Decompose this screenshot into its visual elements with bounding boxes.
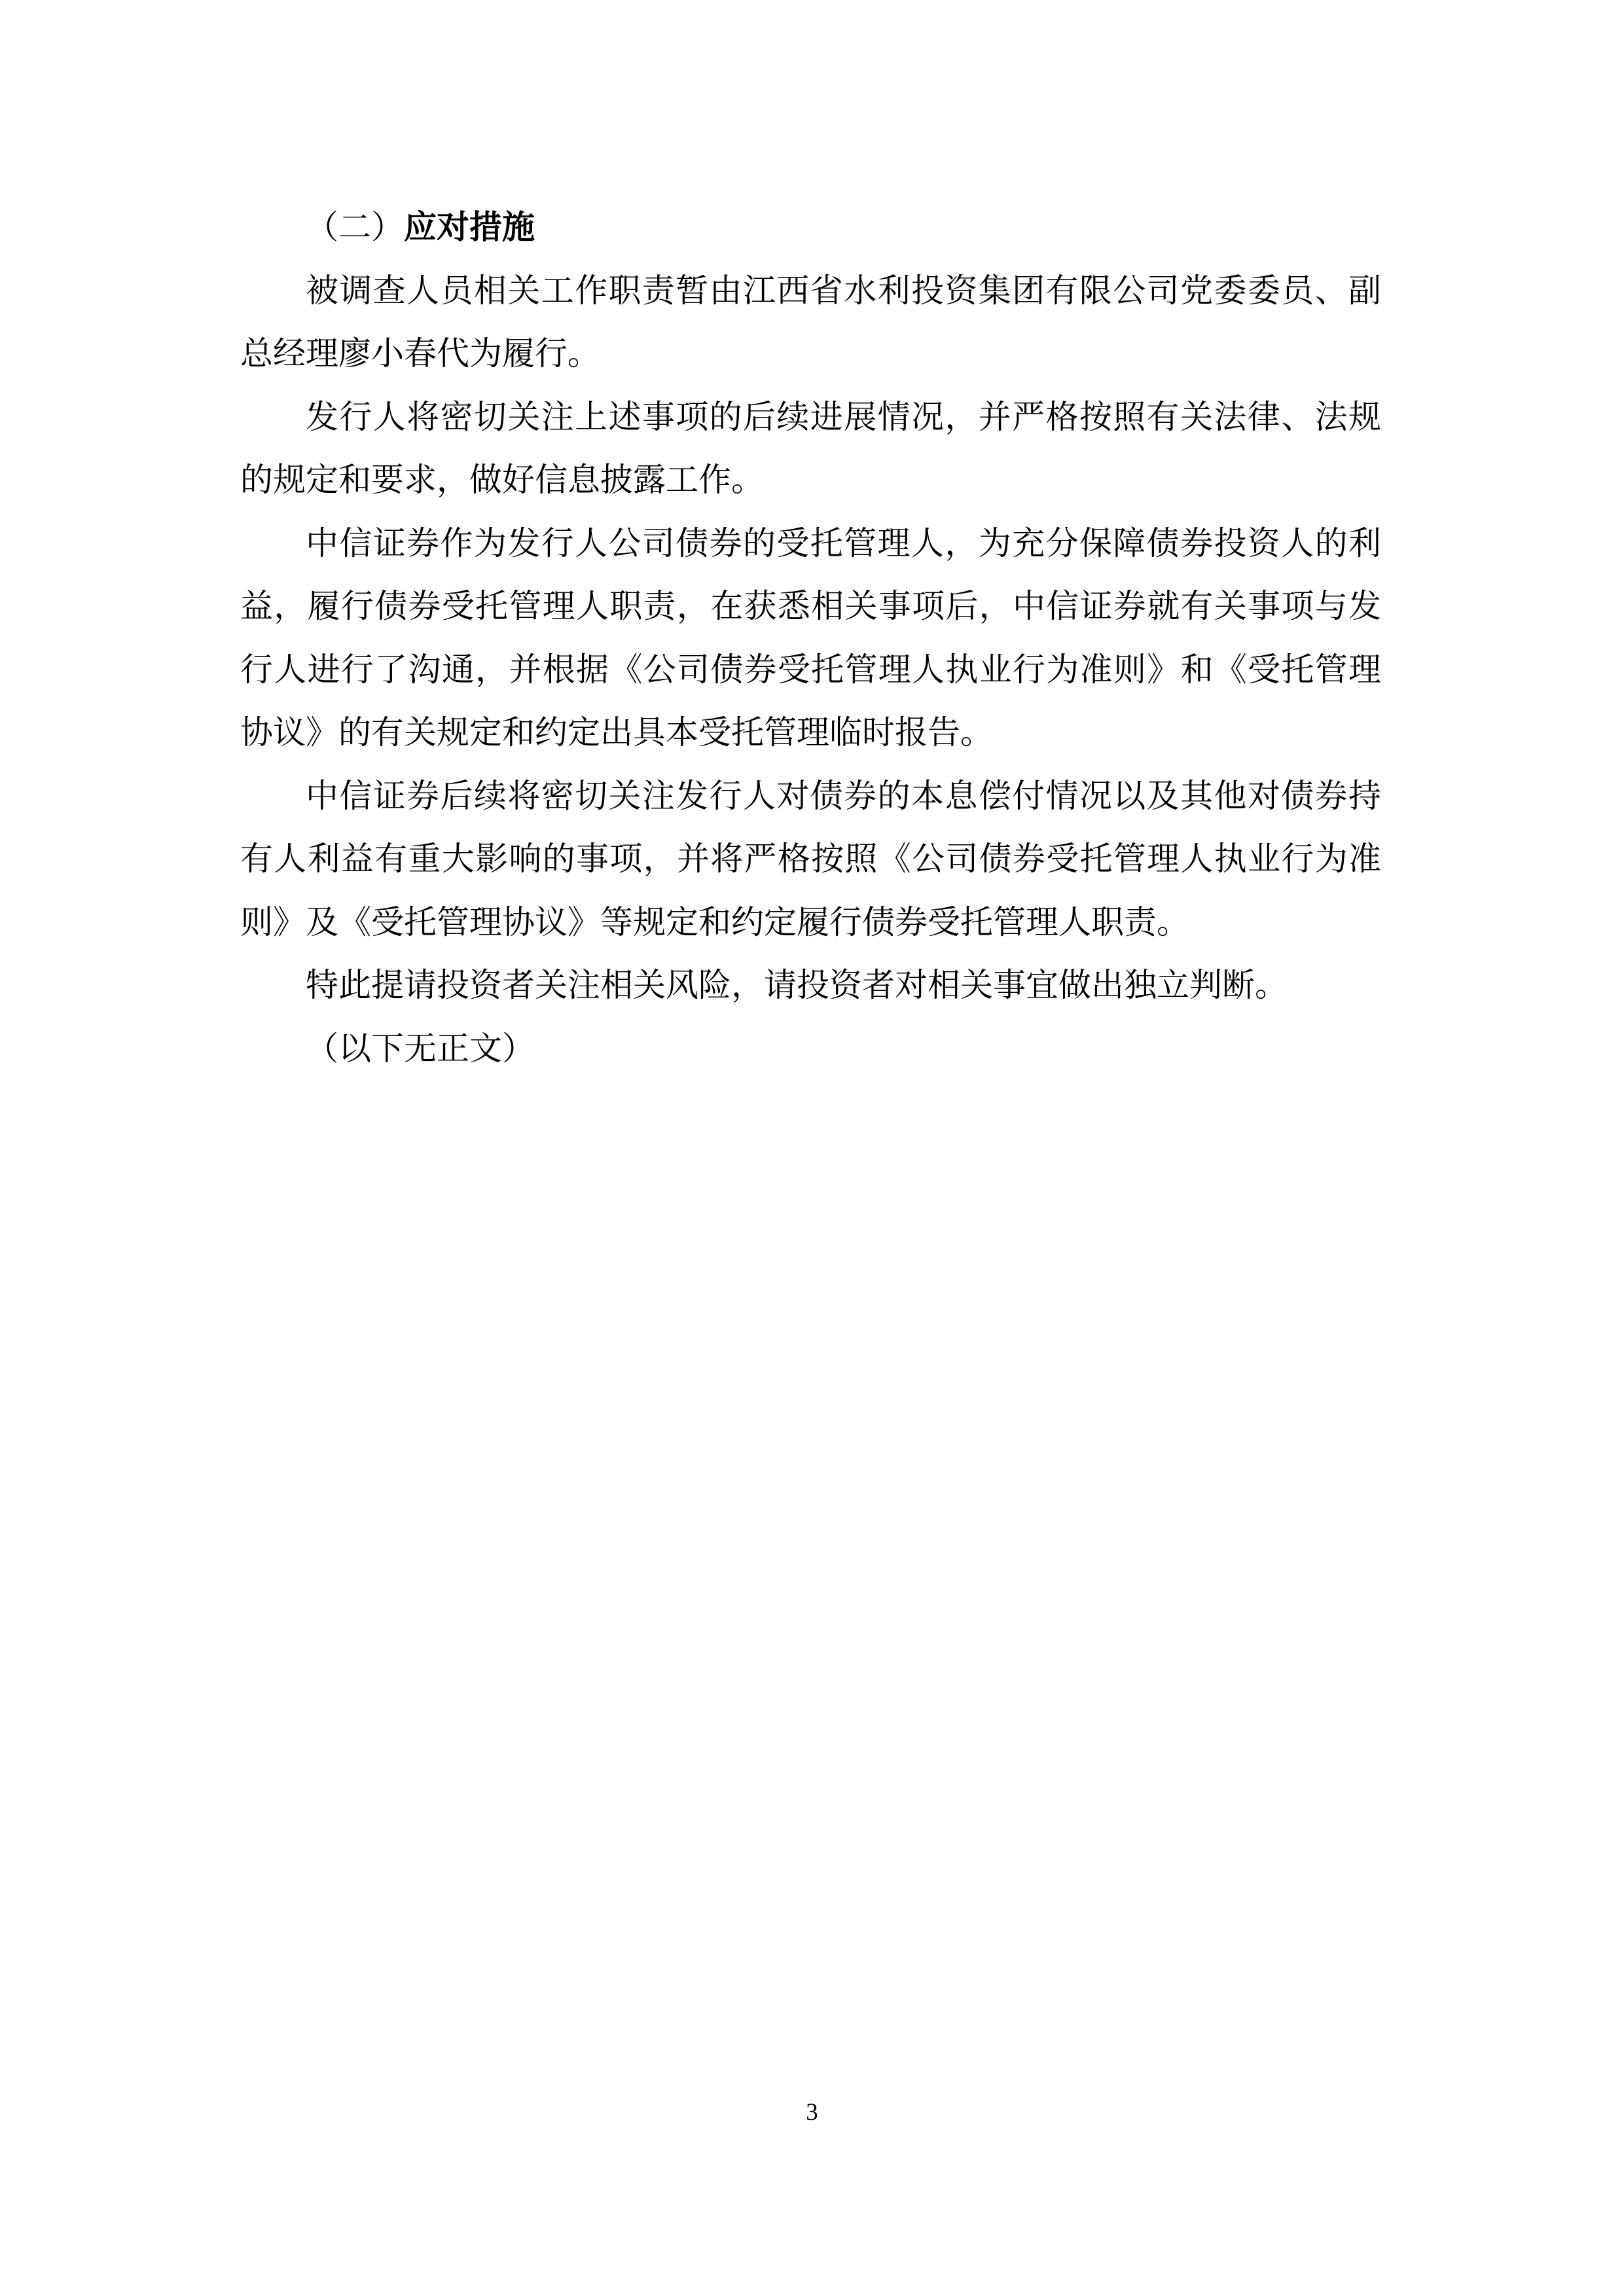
- document-page: （二）应对措施 被调查人员相关工作职责暂由江西省水利投资集团有限公司党委委员、副…: [0, 0, 1624, 2296]
- section-heading: （二）应对措施: [240, 196, 1381, 259]
- paragraph-investor-notice: 特此提请投资者关注相关风险，请投资者对相关事宜做出独立判断。: [240, 954, 1381, 1017]
- section-heading-title: 应对措施: [404, 209, 535, 245]
- paragraph-issuer-disclosure: 发行人将密切关注上述事项的后续进展情况，并严格按照有关法律、法规的规定和要求，做…: [240, 386, 1381, 512]
- paragraph-no-more-text: （以下无正文）: [240, 1017, 1381, 1081]
- paragraph-trustee-followup: 中信证券后续将密切关注发行人对债券的本息偿付情况以及其他对债券持有人利益有重大影…: [240, 764, 1381, 954]
- document-body: （二）应对措施 被调查人员相关工作职责暂由江西省水利投资集团有限公司党委委员、副…: [240, 196, 1381, 1080]
- section-heading-number: （二）: [306, 209, 404, 245]
- page-number: 3: [0, 2093, 1624, 2132]
- paragraph-trustee-report: 中信证券作为发行人公司债券的受托管理人，为充分保障债券投资人的利益，履行债券受托…: [240, 512, 1381, 764]
- paragraph-measures-person: 被调查人员相关工作职责暂由江西省水利投资集团有限公司党委委员、副总经理廖小春代为…: [240, 259, 1381, 386]
